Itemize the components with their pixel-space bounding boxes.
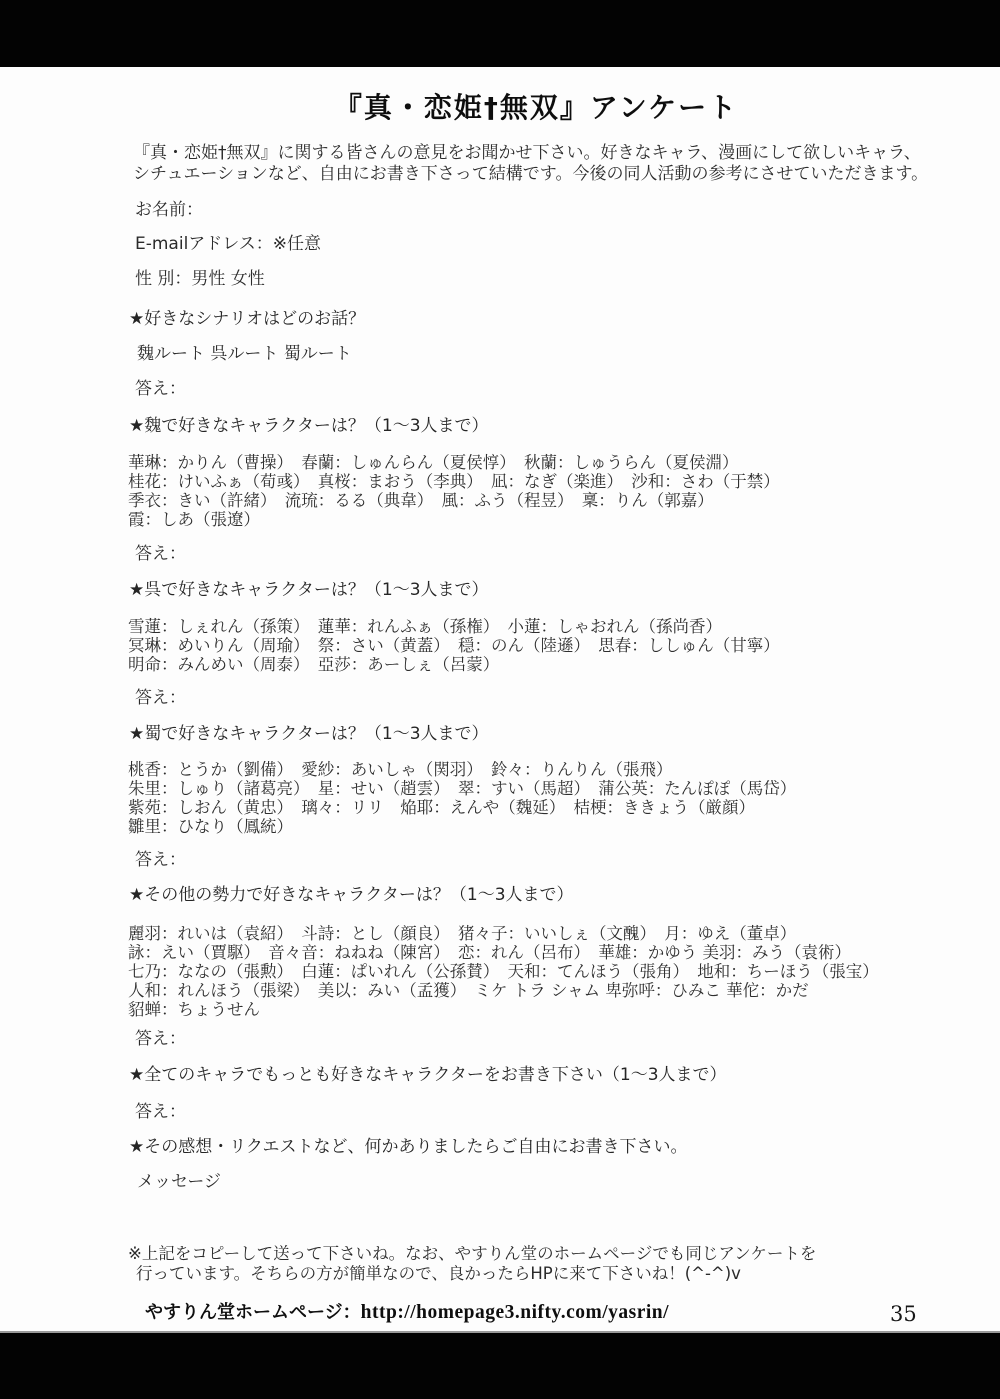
name-field-label: お名前：: [128, 200, 944, 220]
list-line: 人和：れんほう（張梁） 美以：みい（孟獲） ミケ トラ シャム 卑弥呼：ひみこ …: [128, 981, 944, 1000]
character-list-gi: 華琳：かりん（曹操） 春蘭：しゅんらん（夏侯惇） 秋蘭：しゅうらん（夏侯淵） 桂…: [128, 453, 944, 529]
list-line: 霞：しあ（張遼）: [128, 510, 944, 529]
list-line: 雪蓮：しぇれん（孫策） 蓮華：れんふぁ（孫権） 小蓮：しゃおれん（孫尚香）: [128, 617, 944, 636]
question-go: ★呉で好きなキャラクターは？（1～3人まで）: [128, 580, 944, 600]
list-line: 冥琳：めいりん（周瑜） 祭：さい（黄蓋） 穏：のん（陸遜） 思春：ししゅん（甘寧…: [128, 636, 944, 655]
list-line: 桂花：けいふぁ（荀彧） 真桜：まおう（李典） 凪：なぎ（楽進） 沙和：さわ（于禁…: [128, 472, 944, 491]
list-line: 明命：みんめい（周泰） 亞莎：あーしぇ（呂蒙）: [128, 655, 944, 674]
list-line: 七乃：ななの（張勲） 白蓮：ぱいれん（公孫賛） 天和：てんほう（張角） 地和：ち…: [128, 962, 944, 981]
page-number: 35: [890, 1302, 917, 1326]
footer-note: ※上記をコピーして送って下さいね。なお、やすりん堂のホームページでも同じアンケー…: [128, 1244, 944, 1284]
homepage-url: http://homepage3.nifty.com/yasrin/: [361, 1302, 669, 1323]
list-line: 貂蝉：ちょうせん: [128, 1000, 944, 1019]
homepage-label: やすりん堂ホームページ：: [145, 1302, 361, 1323]
list-line: 桃香：とうか（劉備） 愛紗：あいしゃ（関羽） 鈴々：りんりん（張飛）: [128, 760, 944, 779]
answer-label-go: 答え：: [128, 688, 944, 708]
survey-sheet: 『真・恋姫†無双』アンケート 『真・恋姫†無双』に関する皆さんの意見をお聞かせ下…: [0, 67, 1000, 1331]
list-line: 詠：えい（賈駆） 音々音：ねねね（陳宮） 恋：れん（呂布） 華雄：かゆう 美羽：…: [128, 943, 944, 962]
answer-label-scenario: 答え：: [128, 379, 944, 399]
homepage-line: やすりん堂ホームページ：http://homepage3.nifty.com/y…: [128, 1298, 944, 1324]
scanned-survey-page: 『真・恋姫†無双』アンケート 『真・恋姫†無双』に関する皆さんの意見をお聞かせ下…: [0, 0, 1000, 1399]
list-line: 紫苑：しおん（黄忠） 璃々：リリ 焔耶：えんや（魏延） 桔梗：ききょう（厳顔）: [128, 798, 944, 817]
top-margin-band: [0, 0, 1000, 68]
intro-line-2: シチュエーションなど、自由にお書き下さって結構です。今後の同人活動の参考にさせて…: [133, 164, 944, 185]
question-others: ★その他の勢力で好きなキャラクターは？（1～3人まで）: [128, 885, 944, 905]
answer-label-gi: 答え：: [128, 544, 944, 564]
message-label: メッセージ: [128, 1172, 944, 1192]
answer-label-overall: 答え：: [128, 1102, 944, 1122]
intro-line-1: 『真・恋姫†無双』に関する皆さんの意見をお聞かせ下さい。好きなキャラ、漫画にして…: [133, 143, 944, 164]
list-line: 季衣：きい（許緒） 流琉：るる（典韋） 風：ふう（程昱） 稟：りん（郭嘉）: [128, 491, 944, 510]
question-gi: ★魏で好きなキャラクターは？（1～3人まで）: [128, 416, 944, 436]
list-line: 朱里：しゅり（諸葛亮） 星：せい（趙雲） 翠：すい（馬超） 蒲公英：たんぽぽ（馬…: [128, 779, 944, 798]
footer-note-line-2: 行っています。そちらの方が簡単なので、良かったらHPに来て下さいね！(^-^)v: [128, 1264, 944, 1284]
bottom-margin-band: [0, 1331, 1000, 1399]
character-list-go: 雪蓮：しぇれん（孫策） 蓮華：れんふぁ（孫権） 小蓮：しゃおれん（孫尚香） 冥琳…: [128, 617, 944, 674]
question-feedback: ★その感想・リクエストなど、何かありましたらご自由にお書き下さい。: [128, 1137, 944, 1157]
question-overall: ★全てのキャラでもっとも好きなキャラクターをお書き下さい（1～3人まで）: [128, 1065, 944, 1085]
intro-text: 『真・恋姫†無双』に関する皆さんの意見をお聞かせ下さい。好きなキャラ、漫画にして…: [128, 143, 944, 185]
scenario-options: 魏ルート 呉ルート 蜀ルート: [128, 344, 944, 364]
question-scenario: ★好きなシナリオはどのお話？: [128, 309, 944, 329]
question-shoku: ★蜀で好きなキャラクターは？（1～3人まで）: [128, 724, 944, 744]
character-list-others: 麗羽：れいは（袁紹） 斗詩：とし（顔良） 猪々子：いいしぇ（文醜） 月：ゆえ（董…: [128, 924, 944, 1019]
answer-label-shoku: 答え：: [128, 850, 944, 870]
list-line: 華琳：かりん（曹操） 春蘭：しゅんらん（夏侯惇） 秋蘭：しゅうらん（夏侯淵）: [128, 453, 944, 472]
email-field-label: E-mailアドレス：※任意: [128, 234, 944, 254]
list-line: 麗羽：れいは（袁紹） 斗詩：とし（顔良） 猪々子：いいしぇ（文醜） 月：ゆえ（董…: [128, 924, 944, 943]
answer-label-others: 答え：: [128, 1029, 944, 1049]
page-title: 『真・恋姫†無双』アンケート: [128, 86, 944, 126]
footer-note-line-1: ※上記をコピーして送って下さいね。なお、やすりん堂のホームページでも同じアンケー…: [128, 1244, 944, 1264]
character-list-shoku: 桃香：とうか（劉備） 愛紗：あいしゃ（関羽） 鈴々：りんりん（張飛） 朱里：しゅ…: [128, 760, 944, 836]
list-line: 雛里：ひなり（鳳統）: [128, 817, 944, 836]
gender-field-label: 性 別：男性 女性: [128, 269, 944, 289]
